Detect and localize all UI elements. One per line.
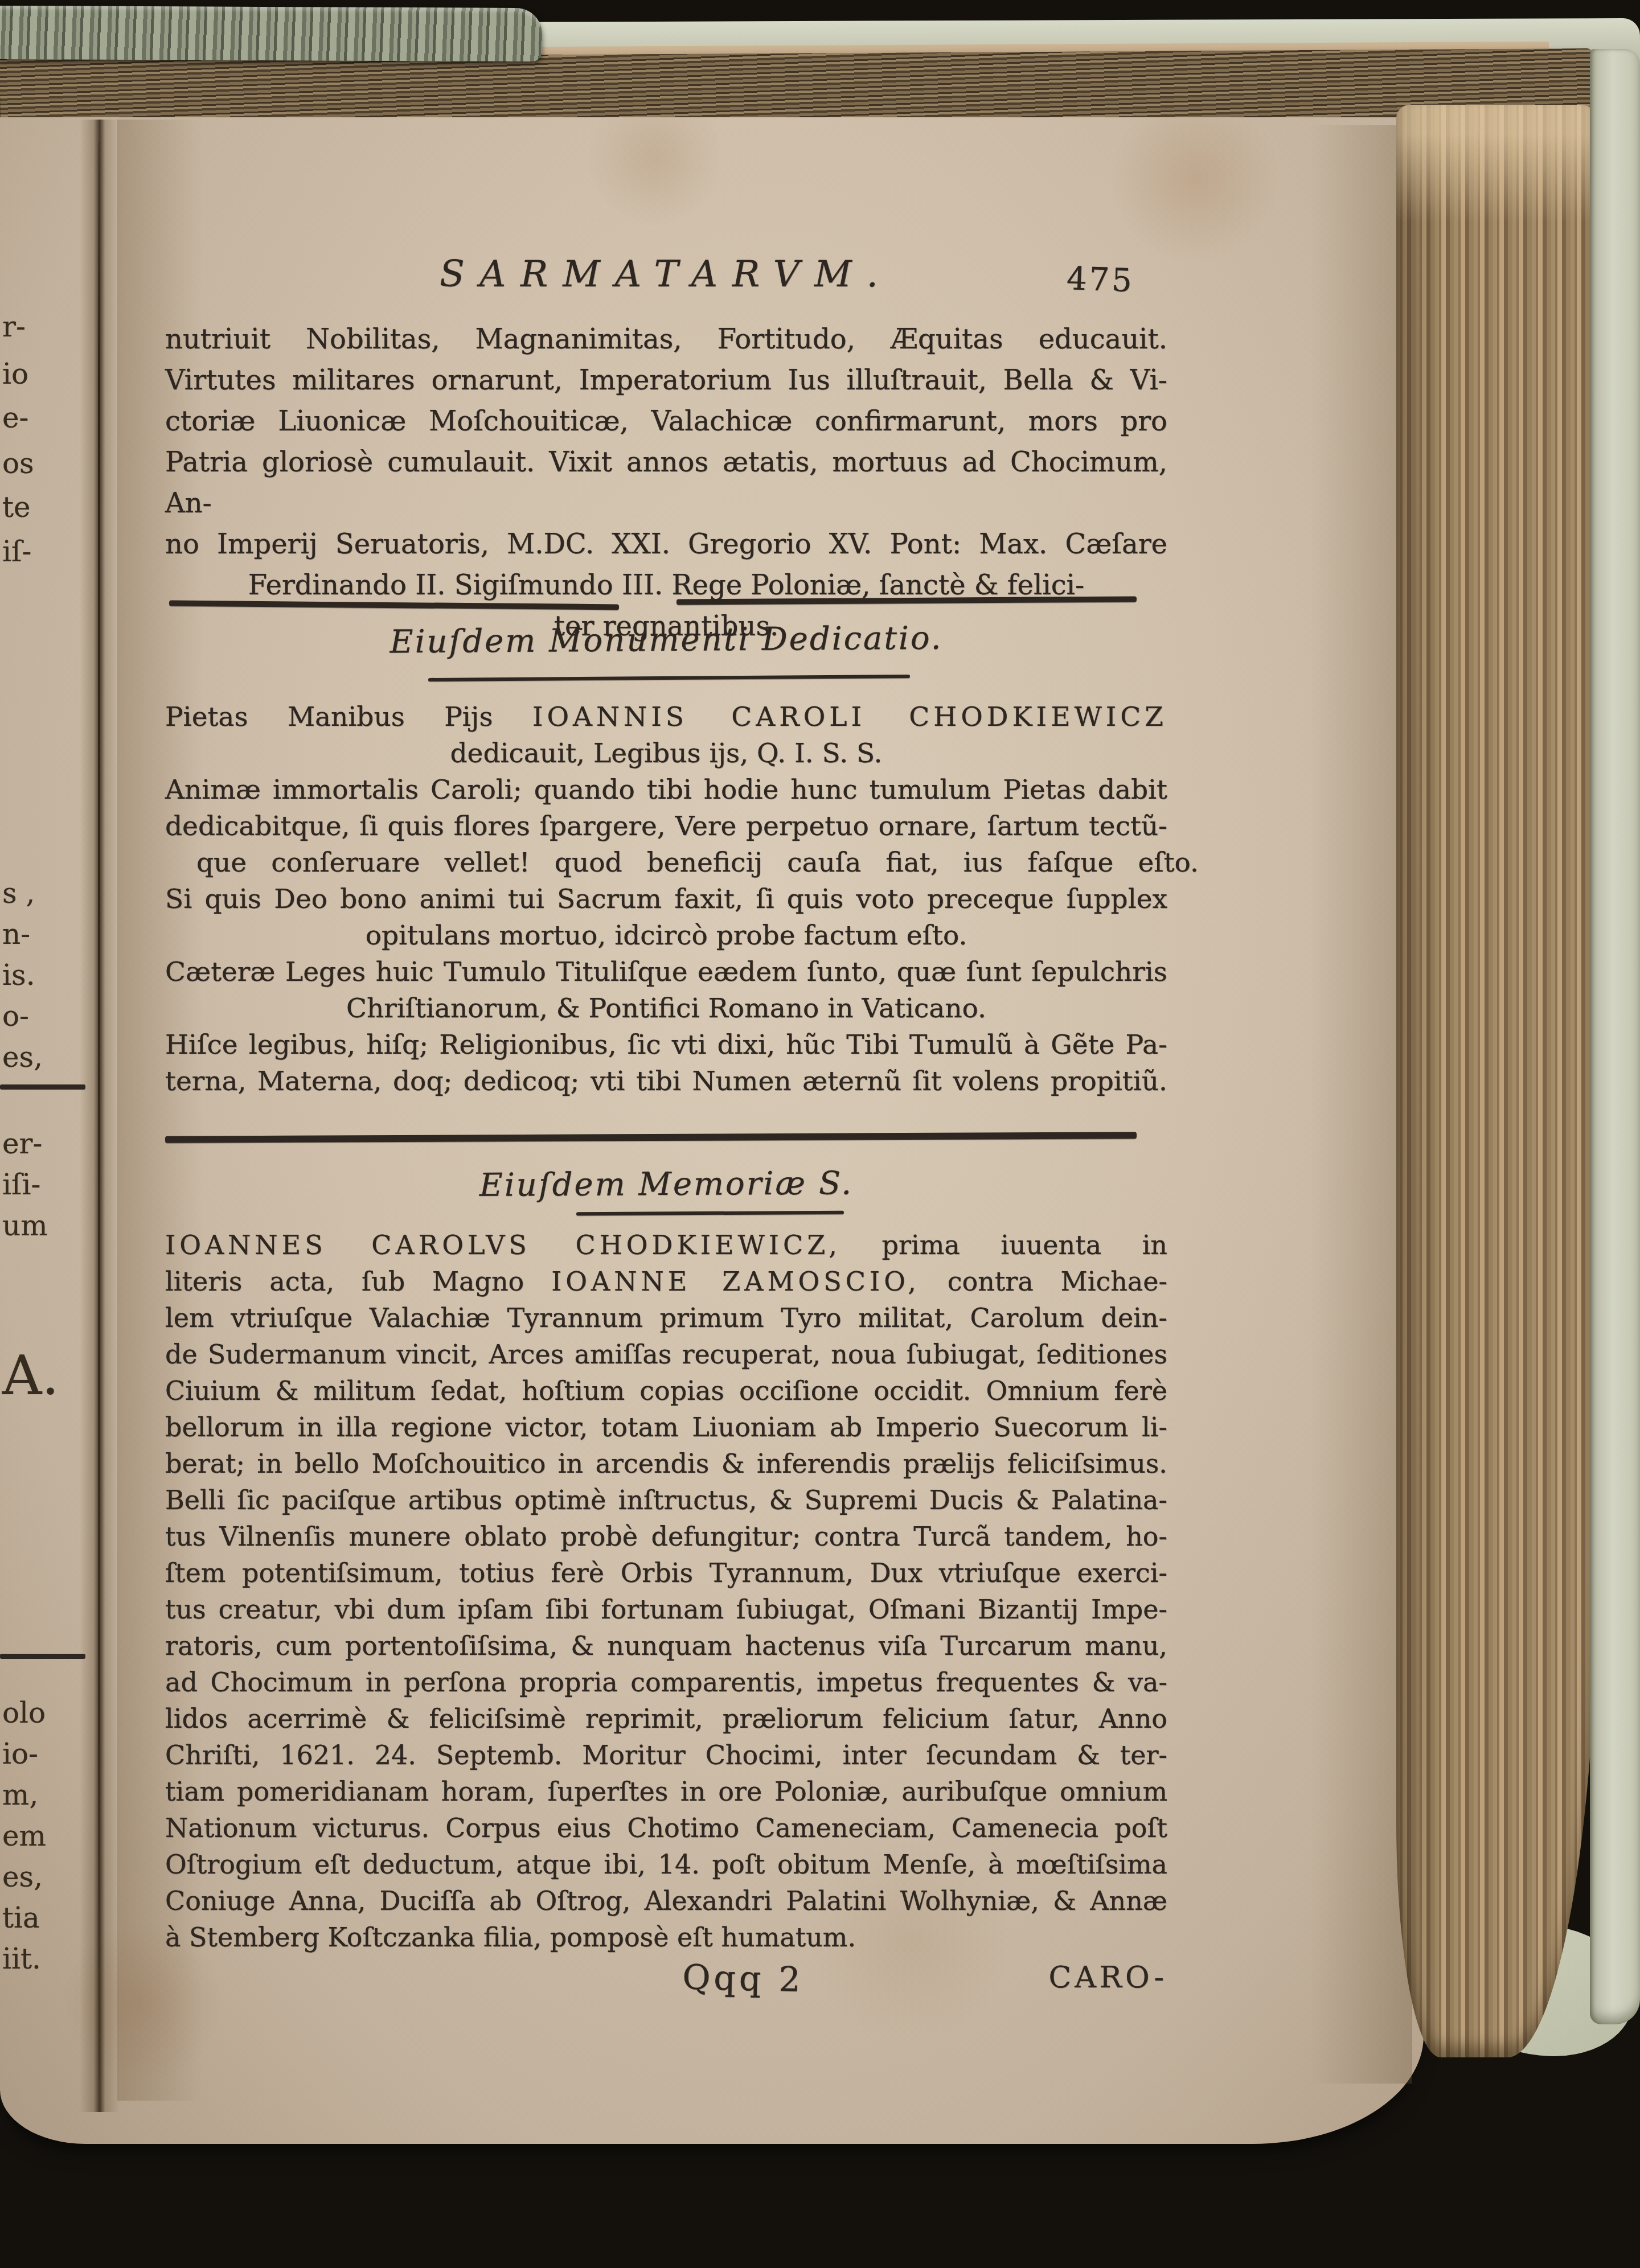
- facing-page-fragment: A.: [2, 1343, 91, 1407]
- facing-page-fragment: io: [2, 358, 91, 391]
- facing-page-fragment: iſi-: [2, 1168, 91, 1201]
- facing-page-fragment: iit.: [2, 1942, 91, 1975]
- facing-page-fragment: e-: [2, 401, 91, 434]
- facing-page-fragment: io-: [2, 1737, 91, 1770]
- facing-page-fragment: [0, 1654, 85, 1659]
- facing-page-fragment: es,: [2, 1860, 91, 1893]
- facing-page-fragment: em: [2, 1819, 91, 1852]
- facing-page-fragment: um: [2, 1209, 91, 1242]
- facing-page-fragment: tia: [2, 1901, 91, 1934]
- facing-page-fragment: s ,: [2, 877, 91, 910]
- facing-page-fragment: er-: [2, 1127, 91, 1160]
- facing-page-fragment: es,: [2, 1041, 91, 1074]
- facing-page-fragment: [0, 1084, 85, 1090]
- facing-page-fragment: r-: [2, 310, 91, 343]
- facing-page-fragment: m,: [2, 1778, 91, 1811]
- facing-page-fragment: olo: [2, 1696, 91, 1729]
- facing-page-fragment: os: [2, 447, 91, 480]
- facing-page-fragment: te: [2, 491, 91, 524]
- facing-page-fragments: r-ioe-osteiſ-s ,n-is.o-es,er-iſi-umA.olo…: [0, 0, 1640, 2268]
- facing-page-fragment: is.: [2, 959, 91, 992]
- book-photo: SARMATARVM. 475 nutriuit Nobilitas, Magn…: [0, 0, 1640, 2268]
- facing-page-fragment: n-: [2, 918, 91, 951]
- facing-page-fragment: iſ-: [2, 535, 91, 568]
- facing-page-fragment: o-: [2, 1000, 91, 1033]
